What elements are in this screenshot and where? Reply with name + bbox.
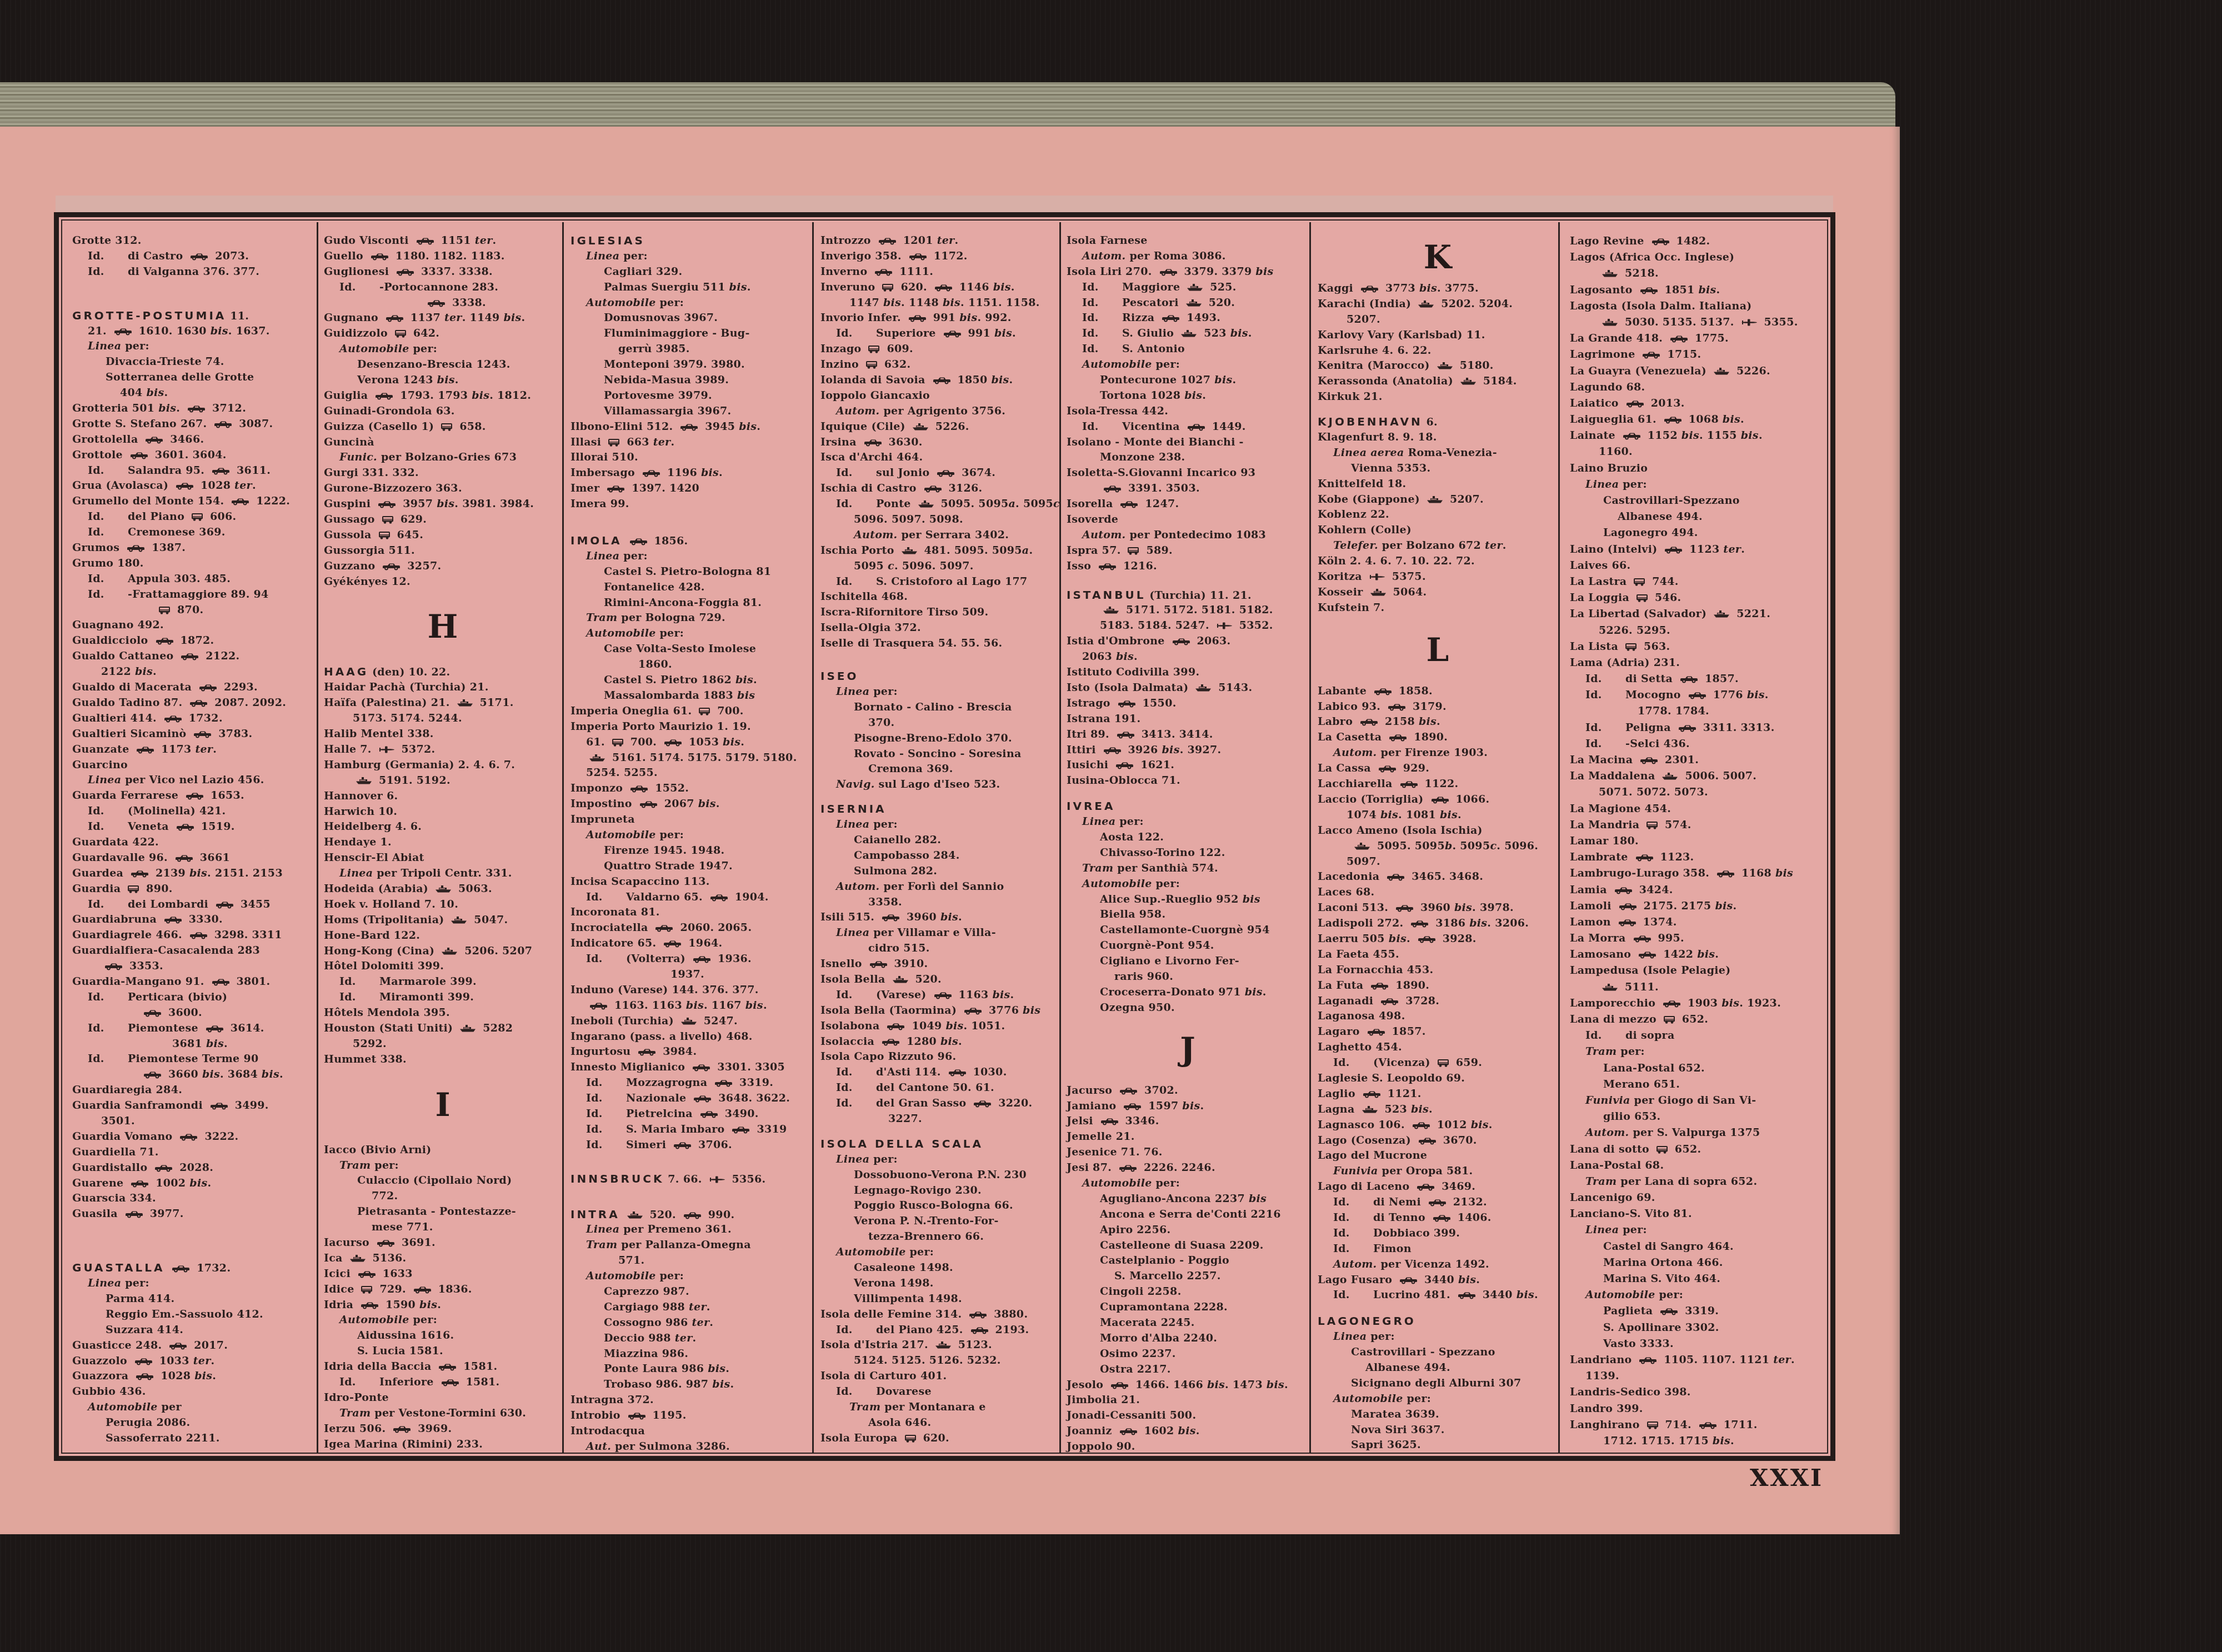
index-entry: Ierzu 506. 3969. xyxy=(324,1421,562,1437)
index-continuation: Domusnovas 3967. xyxy=(570,311,812,326)
automobile-service-icon xyxy=(385,314,404,322)
italic-term: b xyxy=(1445,840,1453,852)
index-entry: Lamoli 2175. 2175 bis. xyxy=(1570,898,1821,914)
index-entry: Gudo Visconti 1151 ter. xyxy=(324,233,562,249)
index-entry: Laigueglia 61. 1068 bis. xyxy=(1570,412,1821,428)
automobile-service-icon xyxy=(1373,687,1392,695)
service-note: Automobile per: xyxy=(1067,877,1309,892)
automobile-service-icon xyxy=(1367,1028,1385,1036)
tramway-service-icon xyxy=(608,438,620,447)
italic-term: bis xyxy=(1419,282,1437,294)
city-heading: ISERNIA xyxy=(820,802,887,815)
index-entry: Kohlern (Colle) xyxy=(1318,523,1558,538)
index-continuation: Castrovillari - Spezzano xyxy=(1318,1345,1558,1360)
steamship-service-icon xyxy=(1602,983,1618,992)
index-entry: Jamiano 1597 bis. xyxy=(1067,1099,1309,1114)
index-entry: Lagosanto 1851 bis. xyxy=(1570,282,1821,298)
index-entry: Guncinà xyxy=(324,435,562,450)
city-heading: INTRA xyxy=(570,1208,620,1221)
city-heading: ISOLA DELLA SCALA xyxy=(820,1137,983,1150)
index-entry: Isnello 3910. xyxy=(820,957,1058,972)
index-column-3: IGLESIASLinea per:Cagliari 329.Palmas Su… xyxy=(570,233,812,1455)
italic-term: Funivia xyxy=(1333,1165,1378,1177)
index-entry: Gurone-Bizzozero 363. xyxy=(324,481,562,497)
index-continuation: Alice Sup.-Rueglio 952 bis xyxy=(1067,892,1309,908)
index-continuation: 3391. 3503. xyxy=(1067,481,1309,497)
index-entry: Guarda Ferrarese 1653. xyxy=(72,788,316,804)
index-entry: Harwich 10. xyxy=(324,804,562,820)
index-entry: Imer 1397. 1420 xyxy=(570,481,812,497)
italic-term: Automobile xyxy=(586,627,656,639)
italic-term: bis xyxy=(940,1035,958,1048)
steamship-service-icon xyxy=(1370,588,1387,597)
index-entry: Guanzate 1173 ter. xyxy=(72,742,316,758)
automobile-service-icon xyxy=(874,268,893,276)
automobile-service-icon xyxy=(1123,1102,1142,1110)
automobile-service-icon xyxy=(1161,314,1180,322)
index-continuation: Poggio Rusco-Bologna 66. xyxy=(820,1198,1058,1214)
index-continuation: Caianello 282. xyxy=(820,833,1058,848)
italic-term: Linea xyxy=(586,550,619,562)
index-entry: Incoronata 81. xyxy=(570,905,812,920)
city-heading-entry: ISERNIA xyxy=(820,802,1058,817)
index-entry: Istia d'Ombrone 2063. xyxy=(1067,634,1309,649)
automobile-service-icon xyxy=(642,469,660,477)
index-continuation: Nebida-Masua 3989. xyxy=(570,373,812,388)
index-entry: Lambrugo-Lurago 358. 1168 bis xyxy=(1570,865,1821,882)
automobile-service-icon xyxy=(213,420,232,428)
service-note: Linea per: xyxy=(1067,814,1309,830)
city-heading: IVREA xyxy=(1067,799,1115,813)
automobile-service-icon xyxy=(948,1068,967,1077)
steamship-service-icon xyxy=(435,885,452,893)
index-entry: Isola Farnese xyxy=(1067,233,1309,249)
index-entry: Gussorgia 511. xyxy=(324,543,562,559)
index-continuation: tezza-Brennero 66. xyxy=(820,1229,1058,1245)
city-heading-entry: GUASTALLA 1732. xyxy=(72,1260,316,1276)
index-subentry: Id.Inferiore 1581. xyxy=(324,1375,562,1390)
spacer xyxy=(570,1187,812,1207)
index-continuation: Cuorgnè-Pont 954. xyxy=(1067,938,1309,954)
index-entry: Jesenice 71. 76. xyxy=(1067,1145,1309,1160)
italic-term: Automobile xyxy=(1333,1393,1403,1405)
idem-label: Id. xyxy=(339,280,379,296)
index-continuation: 3501. xyxy=(72,1114,316,1129)
index-entry: Idice 729. 1836. xyxy=(324,1282,562,1298)
idem-label: Id. xyxy=(1585,687,1625,703)
index-continuation: 2122 bis. xyxy=(72,664,316,680)
index-subentry: Id.di sopra xyxy=(1570,1028,1821,1044)
idem-label: Id. xyxy=(586,1122,626,1138)
index-continuation: Cupramontana 2228. xyxy=(1067,1300,1309,1315)
index-entry: Jimbolia 21. xyxy=(1067,1393,1309,1408)
index-continuation: Ponte Laura 986 bis. xyxy=(570,1361,812,1377)
index-entry: Kobe (Giappone) 5207. xyxy=(1318,492,1558,508)
index-entry: Henscir-El Abiat xyxy=(324,850,562,866)
italic-term: bis xyxy=(1471,1119,1489,1131)
index-entry: Iselle di Trasquera 54. 55. 56. xyxy=(820,636,1058,652)
automobile-service-icon xyxy=(1098,562,1117,570)
index-continuation: Osimo 2237. xyxy=(1067,1346,1309,1362)
index-continuation: Sicignano degli Alburni 307 xyxy=(1318,1376,1558,1391)
automobile-service-icon xyxy=(374,392,393,400)
index-entry: Isoverde xyxy=(1067,512,1309,528)
tramway-service-icon xyxy=(1625,643,1637,651)
automobile-service-icon xyxy=(1662,999,1681,1008)
index-entry: Guardata 422. xyxy=(72,835,316,850)
tramway-service-icon xyxy=(1663,1015,1675,1024)
italic-term: ter xyxy=(692,1316,709,1329)
index-subentry: Id.Salandra 95. 3611. xyxy=(72,463,316,479)
italic-term: bis xyxy=(1116,650,1134,663)
steamship-service-icon xyxy=(451,916,467,924)
index-entry: Irsina 3630. xyxy=(820,435,1058,450)
index-continuation: Ozegna 950. xyxy=(1067,1000,1309,1016)
italic-term: bis xyxy=(729,281,747,293)
automobile-service-icon xyxy=(637,1048,656,1056)
service-note: Tram per: xyxy=(1570,1044,1821,1060)
city-heading: IMOLA xyxy=(570,534,622,547)
italic-term: Tram xyxy=(339,1159,371,1172)
service-note: Autom. per Serrara 3402. xyxy=(820,528,1058,543)
index-entry: Langhirano 714. 1711. xyxy=(1570,1417,1821,1433)
italic-term: Automobile xyxy=(586,1270,656,1282)
index-subentry: Id.S. Cristoforo al Lago 177 xyxy=(820,574,1058,590)
spacer xyxy=(72,1222,316,1260)
idem-label: Id. xyxy=(1082,326,1122,342)
italic-term: ter xyxy=(475,234,493,247)
index-entry: Iolanda di Savoia 1850 bis. xyxy=(820,373,1058,388)
index-subentry: Id.Simeri 3706. xyxy=(570,1138,812,1153)
italic-term: Autom. xyxy=(854,529,898,541)
steamship-service-icon xyxy=(1437,362,1453,370)
idem-label: Id. xyxy=(339,1375,379,1390)
automobile-service-icon xyxy=(709,893,728,902)
index-entry: Guardistallo 2028. xyxy=(72,1160,316,1176)
index-continuation: 5254. 5255. xyxy=(570,765,812,781)
index-continuation: Suzzara 414. xyxy=(72,1323,316,1338)
index-subentry: Id.Miramonti 399. xyxy=(324,990,562,1005)
service-note: Automobile per: xyxy=(324,342,562,357)
index-entry: Igea Marina (Rimini) 233. xyxy=(324,1437,562,1453)
index-entry: Koblenz 22. xyxy=(1318,507,1558,523)
italic-term: Navig. xyxy=(836,778,875,790)
index-continuation: gerrù 3985. xyxy=(570,342,812,357)
city-heading: IGLESIAS xyxy=(570,234,645,247)
service-note: Automobile per: xyxy=(570,296,812,311)
automobile-service-icon xyxy=(376,1239,395,1247)
service-note: Autom. per Roma 3086. xyxy=(1067,249,1309,264)
city-heading-entry: IVREA xyxy=(1067,799,1309,814)
index-entry: Isola d'Istria 217. 5123. xyxy=(820,1338,1058,1353)
index-entry: Innesto Miglianico 3301. 3305 xyxy=(570,1060,812,1075)
spacer xyxy=(820,652,1058,669)
automobile-service-icon xyxy=(441,1378,459,1386)
index-continuation: Albanese 494. xyxy=(1318,1360,1558,1376)
italic-term: bis xyxy=(1747,689,1765,701)
index-entry: Laives 66. xyxy=(1570,558,1821,574)
automobile-service-icon xyxy=(1633,934,1652,943)
italic-term: bis xyxy=(1182,1100,1200,1112)
index-entry: Gubbio 436. xyxy=(72,1384,316,1400)
automobile-service-icon xyxy=(370,252,389,261)
automobile-service-icon xyxy=(1663,415,1682,424)
index-entry: Karlsruhe 4. 6. 22. xyxy=(1318,343,1558,359)
italic-term: bis xyxy=(1249,1193,1267,1205)
automobile-service-icon xyxy=(180,652,199,660)
index-continuation: 2063 bis. xyxy=(1067,649,1309,665)
italic-term: bis xyxy=(1178,1425,1196,1437)
idem-label: Id. xyxy=(88,525,128,540)
italic-term: ter xyxy=(195,743,213,755)
index-continuation: 5095 c. 5096. 5097. xyxy=(820,559,1058,574)
idem-label: Id. xyxy=(88,819,128,835)
index-entry: Kufstein 7. xyxy=(1318,600,1558,616)
index-subentry: Id.Pietrelcina 3490. xyxy=(570,1107,812,1122)
steamship-service-icon xyxy=(901,547,918,555)
index-entry: Lainate 1152 bis. 1155 bis. xyxy=(1570,428,1821,444)
italic-term: Autom. xyxy=(1082,529,1126,541)
automobile-service-icon xyxy=(663,738,682,747)
idem-label: Id. xyxy=(586,1091,626,1107)
index-continuation: Firenze 1945. 1948. xyxy=(570,843,812,859)
index-entry: Grumello del Monte 154. 1222. xyxy=(72,494,316,509)
index-entry: Hôtels Mendola 395. xyxy=(324,1005,562,1021)
index-continuation: 1147 bis. 1148 bis. 1151. 1158. xyxy=(820,296,1058,311)
italic-term: bis xyxy=(206,1038,224,1050)
italic-term: bis xyxy=(1517,1289,1534,1301)
italic-term: bis xyxy=(1440,809,1458,821)
idem-label: Id. xyxy=(1585,1028,1625,1044)
index-entry: Isola di Carturo 401. xyxy=(820,1369,1058,1384)
index-entry: Landro 399. xyxy=(1570,1401,1821,1417)
idem-label: Id. xyxy=(88,1052,128,1067)
automobile-service-icon xyxy=(1625,399,1644,408)
index-entry: Grotteria 501 bis. 3712. xyxy=(72,401,316,417)
index-entry: Imperia Porto Maurizio 1. 19. xyxy=(570,719,812,735)
italic-term: bis xyxy=(472,389,489,402)
steamship-service-icon xyxy=(918,500,934,508)
index-entry: Ispra 57. 589. xyxy=(1067,543,1309,559)
index-entry: Jacurso 3702. xyxy=(1067,1083,1309,1099)
service-note: Autom. per Agrigento 3756. xyxy=(820,404,1058,419)
italic-term: ter xyxy=(234,479,252,492)
index-entry: Gugnano 1137 ter. 1149 bis. xyxy=(324,311,562,326)
index-entry: Guinadi-Grondola 63. xyxy=(324,404,562,419)
index-entry: Ingurtosu 3984. xyxy=(570,1044,812,1060)
index-continuation: Vienna 5353. xyxy=(1318,461,1558,477)
city-heading-entry: KJOBENHAVN 6. xyxy=(1318,414,1558,430)
index-entry: Laiatico 2013. xyxy=(1570,396,1821,412)
index-subentry: Id.del Piano 606. xyxy=(72,509,316,525)
index-continuation: 1163. 1163 bis. 1167 bis. xyxy=(570,998,812,1014)
index-entry: Gualdicciolo 1872. xyxy=(72,633,316,649)
index-continuation: Maratea 3639. xyxy=(1318,1407,1558,1423)
index-entry: Lamporecchio 1903 bis. 1923. xyxy=(1570,995,1821,1012)
index-continuation: Aidussina 1616. xyxy=(324,1328,562,1344)
index-entry: Iusichi 1621. xyxy=(1067,758,1309,773)
airline-service-icon xyxy=(709,1175,725,1184)
italic-term: Automobile xyxy=(1082,878,1152,890)
index-entry: Ineboli (Turchia) 5247. xyxy=(570,1014,812,1029)
index-subentry: Id.di Tenno 1406. xyxy=(1318,1210,1558,1226)
idem-label: Id. xyxy=(88,990,128,1005)
index-entry: La Futa 1890. xyxy=(1318,978,1558,994)
automobile-service-icon xyxy=(1430,795,1449,804)
index-entry: Guarene 1002 bis. xyxy=(72,1176,316,1192)
automobile-service-icon xyxy=(1159,268,1178,276)
italic-term: bis xyxy=(1389,933,1407,945)
italic-term: bis xyxy=(1454,902,1472,914)
airline-service-icon xyxy=(1741,318,1758,327)
index-entry: Guardiaregia 284. xyxy=(72,1083,316,1098)
index-continuation: 5183. 5184. 5247. 5352. xyxy=(1067,618,1309,634)
italic-term: Linea xyxy=(586,1223,619,1235)
italic-term: bis xyxy=(1267,1379,1284,1391)
idem-label: Id. xyxy=(1082,342,1122,357)
idem-label: Id. xyxy=(1333,1195,1373,1210)
index-subentry: Id.Veneta 1519. xyxy=(72,819,316,835)
index-continuation: Cremona 369. xyxy=(820,762,1058,777)
index-continuation: Desenzano-Brescia 1243. xyxy=(324,357,562,373)
index-entry: Idro-Ponte xyxy=(324,1390,562,1406)
index-continuation: Cossogno 986 ter. xyxy=(570,1315,812,1331)
italic-term: bis xyxy=(1713,1435,1730,1447)
service-note: Automobile per: xyxy=(1318,1391,1558,1407)
automobile-service-icon xyxy=(933,991,952,999)
index-subentry: Id.(Molinella) 421. xyxy=(72,804,316,819)
italic-term: bis xyxy=(1214,374,1232,386)
index-entry: Laghetto 454. xyxy=(1318,1040,1558,1055)
city-heading-entry: HAAG (den) 10. 22. xyxy=(324,664,562,680)
index-entry: Guspini 3957 bis. 3981. 3984. xyxy=(324,497,562,512)
index-entry: Lagundo 68. xyxy=(1570,379,1821,396)
index-entry: Lamar 180. xyxy=(1570,833,1821,849)
automobile-service-icon xyxy=(357,1270,376,1278)
index-subentry: Id.sul Jonio 3674. xyxy=(820,465,1058,481)
steamship-service-icon xyxy=(1354,842,1370,850)
italic-term: Linea aerea xyxy=(1333,447,1404,459)
italic-term: Tram xyxy=(586,612,617,624)
steamship-service-icon xyxy=(892,975,909,984)
index-entry: Inverno 1111. xyxy=(820,264,1058,280)
index-continuation: Case Volta-Sesto Imolese xyxy=(570,642,812,657)
automobile-service-icon xyxy=(1117,699,1136,708)
index-subentry: Id.di Nemi 2132. xyxy=(1318,1195,1558,1210)
automobile-service-icon xyxy=(869,960,888,968)
index-continuation: 870. xyxy=(72,603,316,618)
column-rule xyxy=(1059,222,1061,1453)
index-continuation: Cagliari 329. xyxy=(570,264,812,280)
italic-term: c xyxy=(1053,498,1060,510)
index-entry: La Lastra 744. xyxy=(1570,574,1821,590)
automobile-service-icon xyxy=(124,1210,143,1218)
italic-term: bis xyxy=(993,281,1011,293)
automobile-service-icon xyxy=(1110,1381,1129,1389)
index-entry: Lagosta (Isola Dalm. Italiana) xyxy=(1570,298,1821,314)
index-entry: Grottolella 3466. xyxy=(72,432,316,448)
automobile-service-icon xyxy=(1664,545,1683,554)
index-continuation: 3338. xyxy=(324,296,562,311)
index-subentry: Id.Peligna 3311. 3313. xyxy=(1570,720,1821,736)
idem-label: Id. xyxy=(836,1096,876,1112)
steamship-service-icon xyxy=(1602,318,1618,327)
index-entry: Guardea 2139 bis. 2151. 2153 xyxy=(72,866,316,882)
index-continuation: Bornato - Calino - Brescia xyxy=(820,700,1058,715)
index-entry: Heidelberg 4. 6. xyxy=(324,819,562,835)
italic-term: bis xyxy=(437,498,454,510)
steamship-service-icon xyxy=(1602,269,1618,278)
index-entry: Jesi 87. 2226. 2246. xyxy=(1067,1160,1309,1176)
italic-term: bis xyxy=(202,1068,220,1080)
tramway-service-icon xyxy=(361,1285,373,1294)
index-entry: Grua (Avolasca) 1028 ter. xyxy=(72,478,316,494)
steamship-service-icon xyxy=(441,947,458,955)
index-continuation: Castel S. Pietro 1862 bis. xyxy=(570,673,812,688)
index-continuation: Casaleone 1498. xyxy=(820,1260,1058,1276)
service-note: Tram per: xyxy=(324,1158,562,1174)
automobile-service-icon xyxy=(943,329,962,338)
steamship-service-icon xyxy=(1460,377,1477,386)
index-entry: Iquique (Cile) 5226. xyxy=(820,419,1058,435)
italic-term: a xyxy=(1008,498,1015,510)
automobile-service-icon xyxy=(215,900,234,909)
idem-label: Id. xyxy=(339,990,379,1005)
italic-term: ter xyxy=(1723,543,1741,555)
automobile-service-icon xyxy=(396,268,414,276)
automobile-service-icon xyxy=(683,1211,702,1219)
service-note: Automobile per: xyxy=(324,1313,562,1328)
index-column-1: Grotte 312.Id.di Castro 2073.Id.di Valga… xyxy=(72,233,316,1446)
service-note: Automobile per: xyxy=(570,828,812,843)
index-continuation: 5171. 5172. 5181. 5182. xyxy=(1067,603,1309,618)
automobile-service-icon xyxy=(187,404,206,413)
index-entry: La Fornacchia 453. xyxy=(1318,963,1558,978)
idem-label: Id. xyxy=(88,249,128,264)
service-note: Linea per: xyxy=(72,339,316,354)
automobile-service-icon xyxy=(936,469,955,477)
automobile-service-icon xyxy=(1618,918,1637,927)
index-subentry: Id.-Frattamaggiore 89. 94 xyxy=(72,587,316,603)
spacer xyxy=(570,1153,812,1172)
city-heading: ISTANBUL xyxy=(1067,588,1145,602)
index-entry: Landris-Sedico 398. xyxy=(1570,1384,1821,1400)
automobile-service-icon xyxy=(923,484,942,493)
index-continuation: Sassoferrato 2211. xyxy=(72,1431,316,1446)
column-rule xyxy=(1309,222,1311,1453)
index-subentry: Id.Vicentina 1449. xyxy=(1067,419,1309,435)
index-continuation: 3660 bis. 3684 bis. xyxy=(72,1067,316,1083)
index-continuation: 5218. xyxy=(1570,266,1821,282)
service-note: Linea per: xyxy=(570,249,812,264)
steamship-service-icon xyxy=(627,1211,643,1219)
index-column-6: KKaggi 3773 bis. 3775.Karachi (India) 52… xyxy=(1318,233,1558,1453)
index-continuation: S. Marcello 2257. xyxy=(1067,1269,1309,1284)
automobile-service-icon xyxy=(679,423,698,431)
service-note: Autom. per Firenze 1903. xyxy=(1318,745,1558,761)
italic-term: bis xyxy=(712,1378,730,1390)
automobile-service-icon xyxy=(1678,724,1696,732)
index-entry: Laconi 513. 3960 bis. 3978. xyxy=(1318,900,1558,916)
automobile-service-icon xyxy=(699,1110,718,1118)
index-continuation: 1074 bis. 1081 bis. xyxy=(1318,808,1558,823)
index-continuation: 3353. xyxy=(72,959,316,974)
index-entry: Gyékényes 12. xyxy=(324,574,562,590)
index-entry: Ladispoli 272. 3186 bis. 3206. xyxy=(1318,916,1558,932)
index-entry: Iacco (Bivio Arni) xyxy=(324,1143,562,1158)
index-entry: Isola Liri 270. 3379. 3379 bis xyxy=(1067,264,1309,280)
index-entry: Isolano - Monte dei Bianchi - xyxy=(1067,435,1309,450)
